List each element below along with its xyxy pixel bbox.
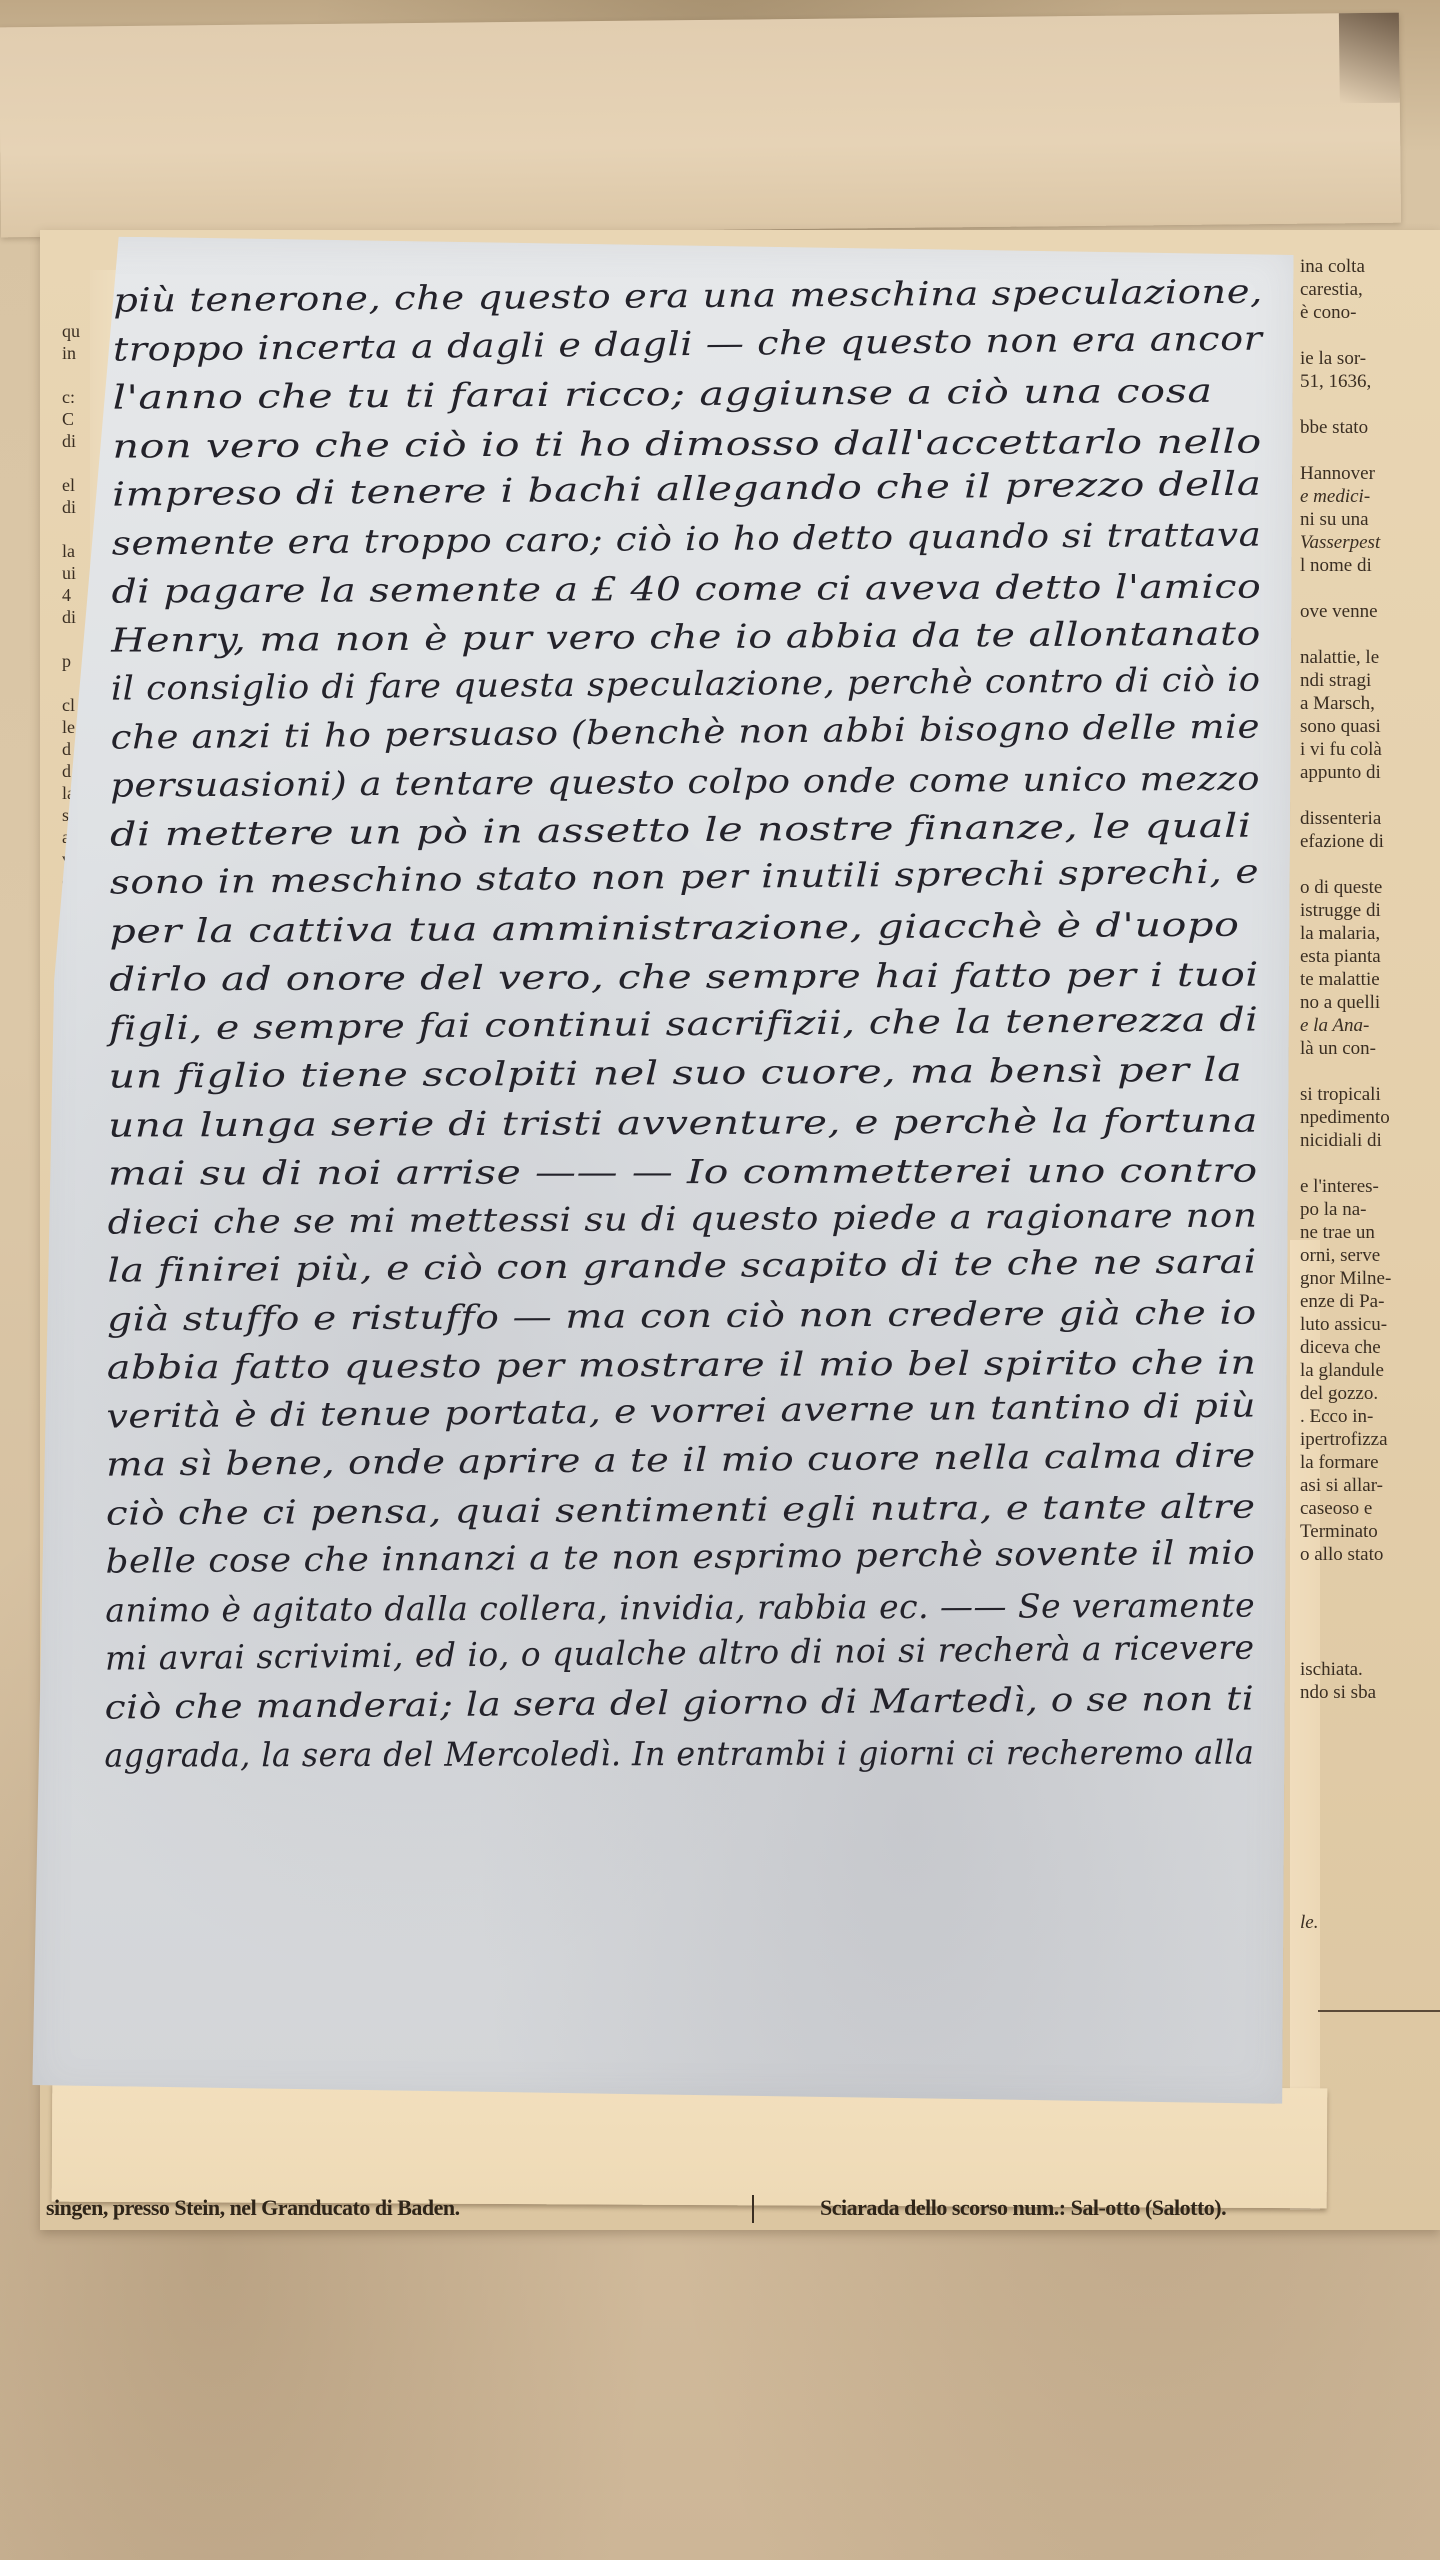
letter-line: già stuffo e ristuffo — ma con ciò non c… [107, 1288, 1277, 1344]
newspaper-line [1300, 1819, 1440, 1842]
newspaper-line [62, 364, 90, 386]
newspaper-line: po la na- [1300, 1198, 1440, 1221]
newspaper-line: bbe stato [1300, 416, 1440, 439]
newspaper-line [1300, 1773, 1440, 1796]
newspaper-line [1300, 1750, 1440, 1773]
newspaper-line: e la Ana- [1300, 1014, 1440, 1037]
newspaper-line: el [62, 474, 90, 496]
newspaper-line [1300, 577, 1440, 600]
newspaper-line: . Ecco in- [1300, 1405, 1440, 1428]
newspaper-line [62, 518, 90, 540]
newspaper-line: npedimento [1300, 1106, 1440, 1129]
newspaper-line: 4 [62, 584, 90, 606]
letter-text-body: più tenerone, che questo era una meschin… [104, 277, 1283, 1788]
top-paper-sheet [0, 13, 1401, 238]
newspaper-line: là un con- [1300, 1037, 1440, 1060]
newspaper-line: no a quelli [1300, 991, 1440, 1014]
corner-shadow [1339, 13, 1400, 104]
newspaper-line: a Marsch, [1300, 692, 1440, 715]
newspaper-line: nalattie, le [1300, 646, 1440, 669]
newspaper-line: enze di Pa- [1300, 1290, 1440, 1313]
newspaper-line: Terminato [1300, 1520, 1440, 1543]
newspaper-line: o allo stato [1300, 1543, 1440, 1566]
newspaper-line: ina colta [1300, 255, 1440, 278]
letter-line: una lunga serie di tristi avventure, e p… [108, 1096, 1278, 1150]
newspaper-line: le. [1300, 1911, 1440, 1934]
newspaper-line [1300, 1865, 1440, 1888]
newspaper-line: di [62, 430, 90, 452]
letter-line: un figlio tiene scolpiti nel suo cuore, … [108, 1045, 1278, 1101]
newspaper-line: ie la sor- [1300, 347, 1440, 370]
letter-line: mi avrai scrivimi, ed io, o qualche altr… [105, 1623, 1275, 1683]
newspaper-line: ne trae un [1300, 1221, 1440, 1244]
newspaper-line: l nome di [1300, 554, 1440, 577]
newspaper-line: luto assicu- [1300, 1313, 1440, 1336]
newspaper-line: ove venne [1300, 600, 1440, 623]
letter-line: persuasioni) a tentare questo colpo onde… [110, 754, 1280, 810]
newspaper-line [1300, 1635, 1440, 1658]
letter-line: impreso di tenere i bachi allegando che … [112, 459, 1282, 519]
newspaper-line: ui [62, 562, 90, 584]
letter-line: aggrada, la sera del Mercoledì. In entra… [104, 1729, 1274, 1781]
newspaper-right-column-text: ina colta carestia, è cono-ie la sor-51,… [1300, 255, 1440, 1934]
newspaper-line: sono quasi [1300, 715, 1440, 738]
letter-line: semente era troppo caro; ciò io ho detto… [112, 510, 1282, 568]
newspaper-line: c: [62, 386, 90, 408]
newspaper-line [1300, 1704, 1440, 1727]
newspaper-line: qu [62, 320, 90, 342]
newspaper-line: ischiata. [1300, 1658, 1440, 1681]
newspaper-line: orni, serve [1300, 1244, 1440, 1267]
newspaper-line: i vi fu colà [1300, 738, 1440, 761]
newspaper-line: efazione di [1300, 830, 1440, 853]
newspaper-wavy-rule [1318, 2010, 1440, 2012]
newspaper-line: 51, 1636, [1300, 370, 1440, 393]
newspaper-line: diceva che [1300, 1336, 1440, 1359]
newspaper-footer-left: singen, presso Stein, nel Granducato di … [46, 2195, 460, 2221]
newspaper-line: la [62, 540, 90, 562]
newspaper-line: caseoso e [1300, 1497, 1440, 1520]
newspaper-line [1300, 1727, 1440, 1750]
newspaper-line: dissenteria [1300, 807, 1440, 830]
newspaper-line [1300, 1589, 1440, 1612]
newspaper-column-divider [752, 2195, 754, 2223]
newspaper-line [1300, 393, 1440, 416]
newspaper-line [1300, 1796, 1440, 1819]
newspaper-line: si tropicali [1300, 1083, 1440, 1106]
letter-line: mai su di noi arrise —— — Io commetterei… [108, 1147, 1278, 1199]
newspaper-line [1300, 623, 1440, 646]
newspaper-line [1300, 324, 1440, 347]
newspaper-line: carestia, [1300, 278, 1440, 301]
newspaper-line: appunto di [1300, 761, 1440, 784]
newspaper-line: Hannover [1300, 462, 1440, 485]
newspaper-line: e medici- [1300, 485, 1440, 508]
newspaper-line [1300, 784, 1440, 807]
newspaper-line: ipertrofizza [1300, 1428, 1440, 1451]
letter-line: ciò che manderai; la sera del giorno di … [105, 1674, 1275, 1732]
newspaper-line: la formare [1300, 1451, 1440, 1474]
newspaper-line [1300, 853, 1440, 876]
letter-line: sono in meschino stato non per inutili s… [110, 847, 1280, 907]
newspaper-line: di [62, 496, 90, 518]
newspaper-line [1300, 1566, 1440, 1589]
newspaper-line: C [62, 408, 90, 430]
newspaper-line: ndo si sba [1300, 1681, 1440, 1704]
letter-line: per la cattiva tua amministrazione, giac… [109, 900, 1279, 956]
newspaper-line: asi si allar- [1300, 1474, 1440, 1497]
newspaper-line [1300, 439, 1440, 462]
newspaper-line: esta pianta [1300, 945, 1440, 968]
newspaper-line: o di queste [1300, 876, 1440, 899]
newspaper-line [1300, 1842, 1440, 1865]
newspaper-footer-right: Sciarada dello scorso num.: Sal-otto (Sa… [820, 2195, 1226, 2221]
newspaper-line: la malaria, [1300, 922, 1440, 945]
newspaper-line [1300, 1152, 1440, 1175]
newspaper-line: te malattie [1300, 968, 1440, 991]
letter-line: di pagare la semente a £ 40 come ci avev… [111, 563, 1281, 617]
newspaper-line: Vasserpest [1300, 531, 1440, 554]
newspaper-line: e l'interes- [1300, 1175, 1440, 1198]
letter-line: belle cose che innanzi a te non esprimo … [105, 1528, 1275, 1586]
letter-line: figli, e sempre fai continui sacrifizii,… [109, 995, 1279, 1053]
newspaper-line: ni su una [1300, 508, 1440, 531]
newspaper-line [1300, 1612, 1440, 1635]
newspaper-line: è cono- [1300, 301, 1440, 324]
newspaper-line: del gozzo. [1300, 1382, 1440, 1405]
newspaper-line: ndi stragi [1300, 669, 1440, 692]
newspaper-line: istrugge di [1300, 899, 1440, 922]
letter-line: ma sì bene, onde aprire a te il mio cuor… [106, 1431, 1276, 1489]
letter-line: l'anno che tu ti farai ricco; aggiunse a… [113, 366, 1283, 422]
newspaper-line: in [62, 342, 90, 364]
newspaper-line: nicidiali di [1300, 1129, 1440, 1152]
newspaper-line [62, 452, 90, 474]
newspaper-line: la glandule [1300, 1359, 1440, 1382]
handwritten-letter: più tenerone, che questo era una meschin… [32, 236, 1293, 2104]
newspaper-line: gnor Milne- [1300, 1267, 1440, 1290]
newspaper-line [1300, 1888, 1440, 1911]
letter-line: la finirei più, e ciò con grande scapito… [107, 1237, 1277, 1295]
newspaper-line [1300, 1060, 1440, 1083]
